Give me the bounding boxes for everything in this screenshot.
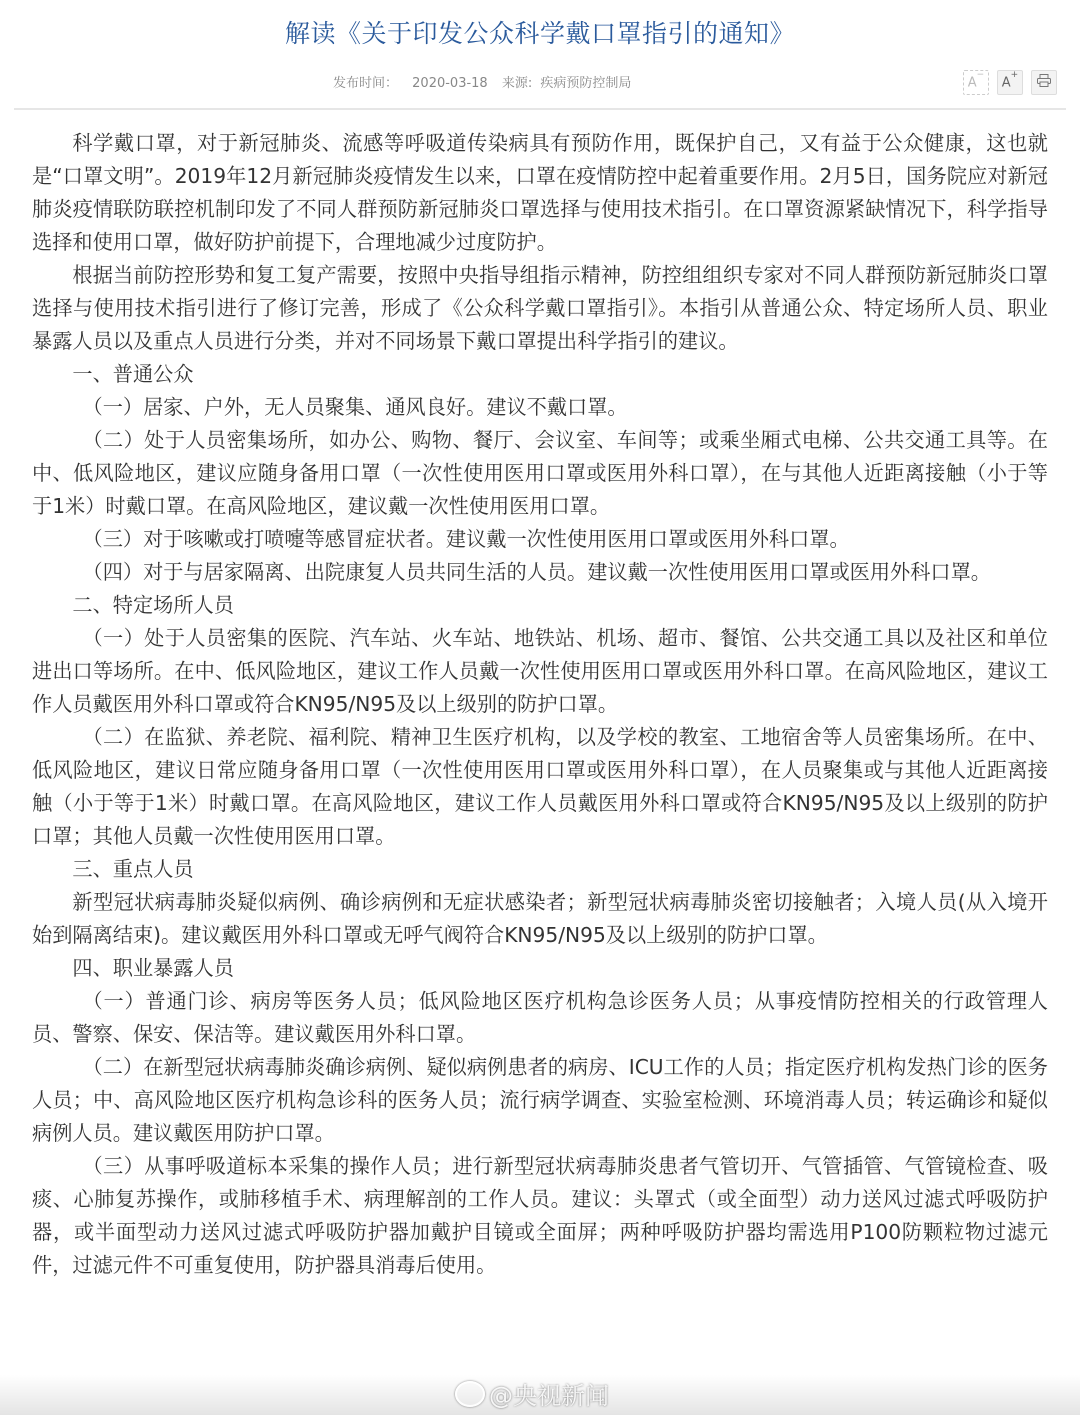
- font-increase-button[interactable]: A+: [997, 70, 1023, 95]
- paragraph: （一）处于人员密集的医院、汽车站、火车站、地铁站、机场、超市、餐馆、公共交通工具…: [32, 622, 1048, 721]
- paragraph: （四）对于与居家隔离、出院康复人员共同生活的人员。建议戴一次性使用医用口罩或医用…: [32, 556, 1048, 589]
- publish-label: 发布时间：: [333, 76, 398, 91]
- paragraph: （三）从事呼吸道标本采集的操作人员；进行新型冠状病毒肺炎患者气管切开、气管插管、…: [32, 1150, 1048, 1282]
- font-decrease-icon: A−: [968, 74, 984, 90]
- paragraph: （三）对于咳嗽或打喷嚏等感冒症状者。建议戴一次性使用医用口罩或医用外科口罩。: [32, 523, 1048, 556]
- article-body: 科学戴口罩，对于新冠肺炎、流感等呼吸道传染病具有预防作用，既保护自己，又有益于公…: [32, 127, 1048, 1282]
- source-label: 来源:: [502, 76, 532, 91]
- weibo-logo-icon: [455, 1381, 485, 1407]
- section-heading: 二、特定场所人员: [32, 589, 1048, 622]
- paragraph: 新型冠状病毒肺炎疑似病例、确诊病例和无症状感染者；新型冠状病毒肺炎密切接触者；入…: [32, 886, 1048, 952]
- font-increase-icon: A+: [1002, 74, 1018, 90]
- paragraph: （二）在新型冠状病毒肺炎确诊病例、疑似病例患者的病房、ICU工作的人员；指定医疗…: [32, 1051, 1048, 1150]
- watermark: @央视新闻: [455, 1376, 609, 1411]
- print-icon: [1037, 74, 1051, 91]
- source-value: 疾病预防控制局: [540, 76, 631, 91]
- section-heading: 一、普通公众: [32, 358, 1048, 391]
- page-title: 解读《关于印发公众科学戴口罩指引的通知》: [0, 14, 1080, 50]
- header-divider: [14, 108, 1066, 110]
- article-toolbar: A− A+: [963, 70, 1057, 95]
- paragraph: （一）居家、户外，无人员聚集、通风良好。建议不戴口罩。: [32, 391, 1048, 424]
- publish-date: 2020-03-18: [412, 76, 488, 91]
- section-heading: 三、重点人员: [32, 853, 1048, 886]
- watermark-text: @央视新闻: [489, 1376, 609, 1411]
- paragraph: （二）处于人员密集场所，如办公、购物、餐厅、会议室、车间等；或乘坐厢式电梯、公共…: [32, 424, 1048, 523]
- section-heading: 四、职业暴露人员: [32, 952, 1048, 985]
- paragraph: （二）在监狱、养老院、福利院、精神卫生医疗机构，以及学校的教室、工地宿舍等人员密…: [32, 721, 1048, 853]
- paragraph: 科学戴口罩，对于新冠肺炎、流感等呼吸道传染病具有预防作用，既保护自己，又有益于公…: [32, 127, 1048, 259]
- article-meta: 发布时间： 2020-03-18 来源: 疾病预防控制局: [333, 72, 641, 91]
- print-button[interactable]: [1031, 70, 1057, 95]
- font-decrease-button[interactable]: A−: [963, 70, 989, 95]
- paragraph: （一）普通门诊、病房等医务人员；低风险地区医疗机构急诊医务人员；从事疫情防控相关…: [32, 985, 1048, 1051]
- paragraph: 根据当前防控形势和复工复产需要，按照中央指导组指示精神，防控组组织专家对不同人群…: [32, 259, 1048, 358]
